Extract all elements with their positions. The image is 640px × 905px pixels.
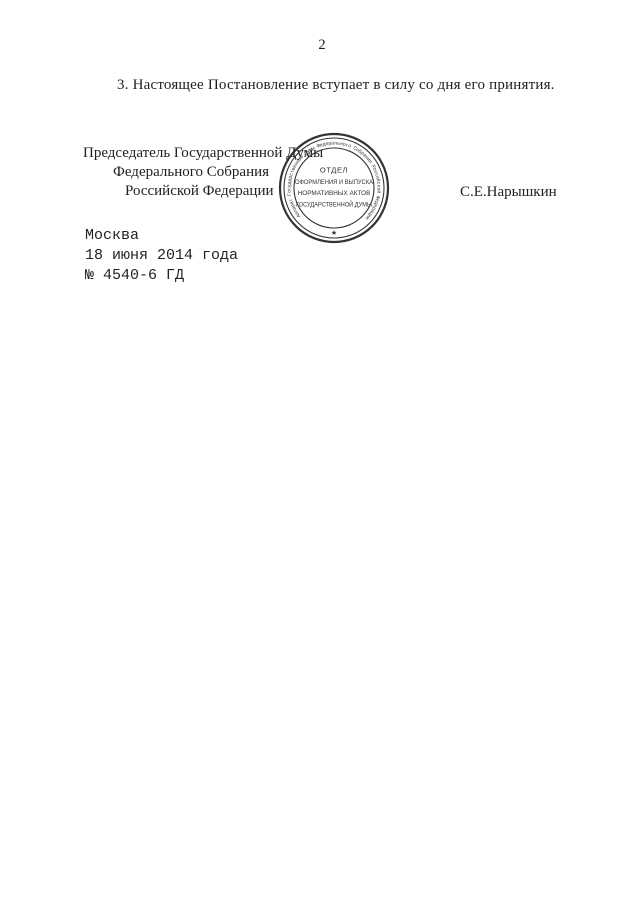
signatory-name: С.Е.Нарышкин [460,184,557,201]
document-number: № 4540-6 ГД [85,267,184,284]
stamp-center-line-4: ГОСУДАРСТВЕННОЙ ДУМЫ [296,200,372,209]
svg-text:о: о [347,143,352,150]
stamp-center-line-2: ОФОРМЛЕНИЯ И ВЫПУСКА [295,179,374,186]
document-page: 2 3. Настоящее Постановление вступает в … [0,0,640,905]
stamp-second-circle [284,138,384,238]
svg-text:т: т [288,197,295,202]
signature-title-line-3: Российской Федерации [125,183,274,200]
stamp-center-line-3: НОРМАТИВНЫХ АКТОВ [298,190,371,197]
page-number: 2 [0,37,640,54]
issue-date: 18 июня 2014 года [85,247,238,264]
signature-title-line-2: Федерального Собрания [113,164,269,181]
body-paragraph: 3. Настоящее Постановление вступает в си… [117,77,555,94]
stamp-star-icon: ★ [331,229,337,237]
svg-text:й: й [375,190,382,194]
official-round-stamp: Аппарат Государственной Думы Федеральног… [274,128,394,248]
stamp-center-line-1: ОТДЕЛ [320,166,348,175]
stamp-inner-circle [294,148,374,228]
issue-city: Москва [85,227,139,244]
stamp-outer-circle [280,134,388,242]
